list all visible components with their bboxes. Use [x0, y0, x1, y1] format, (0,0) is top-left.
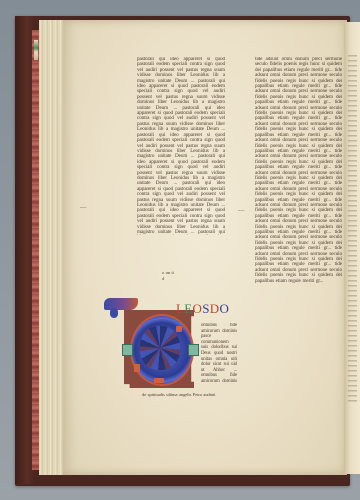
- heading-letter: E: [184, 301, 192, 317]
- facing-page-text: [348, 55, 357, 405]
- margin-note-center: ~~~: [238, 208, 245, 213]
- right-column-text: tide adsunt omni donum preci sermone sec…: [255, 57, 342, 402]
- initial-beast-head: [104, 298, 138, 310]
- margin-note-left: ~~~: [80, 205, 87, 210]
- shelf-label: [34, 40, 38, 60]
- heading-letter: S: [202, 301, 210, 317]
- heading-letter: O: [219, 301, 229, 317]
- initial-green-panel-right: [188, 344, 199, 356]
- initial-red-accent: [154, 378, 164, 383]
- initial-red-accent: [134, 364, 140, 372]
- heading-letter: L: [176, 301, 184, 317]
- initial-beast-jaw: [110, 308, 118, 318]
- marbled-fore-edge: [32, 30, 39, 470]
- illuminated-initial: [118, 304, 202, 392]
- heading-letter: D: [210, 301, 220, 317]
- initial-interlace: [140, 326, 180, 370]
- text-last-line: de spiritualis ultima angelis Petra audi…: [142, 392, 242, 398]
- text-beside-initial: omnibus fide amicorum dominis pasce comm…: [201, 323, 237, 385]
- heading-letter: O: [193, 301, 203, 317]
- page-stack-edges: [39, 20, 65, 475]
- initial-red-accent: [176, 326, 182, 332]
- initial-green-panel-left: [122, 344, 133, 356]
- rubric-heading: LEOSDO: [176, 301, 229, 317]
- left-column-text: pastorali qui ideo appareret si quod pas…: [137, 57, 225, 235]
